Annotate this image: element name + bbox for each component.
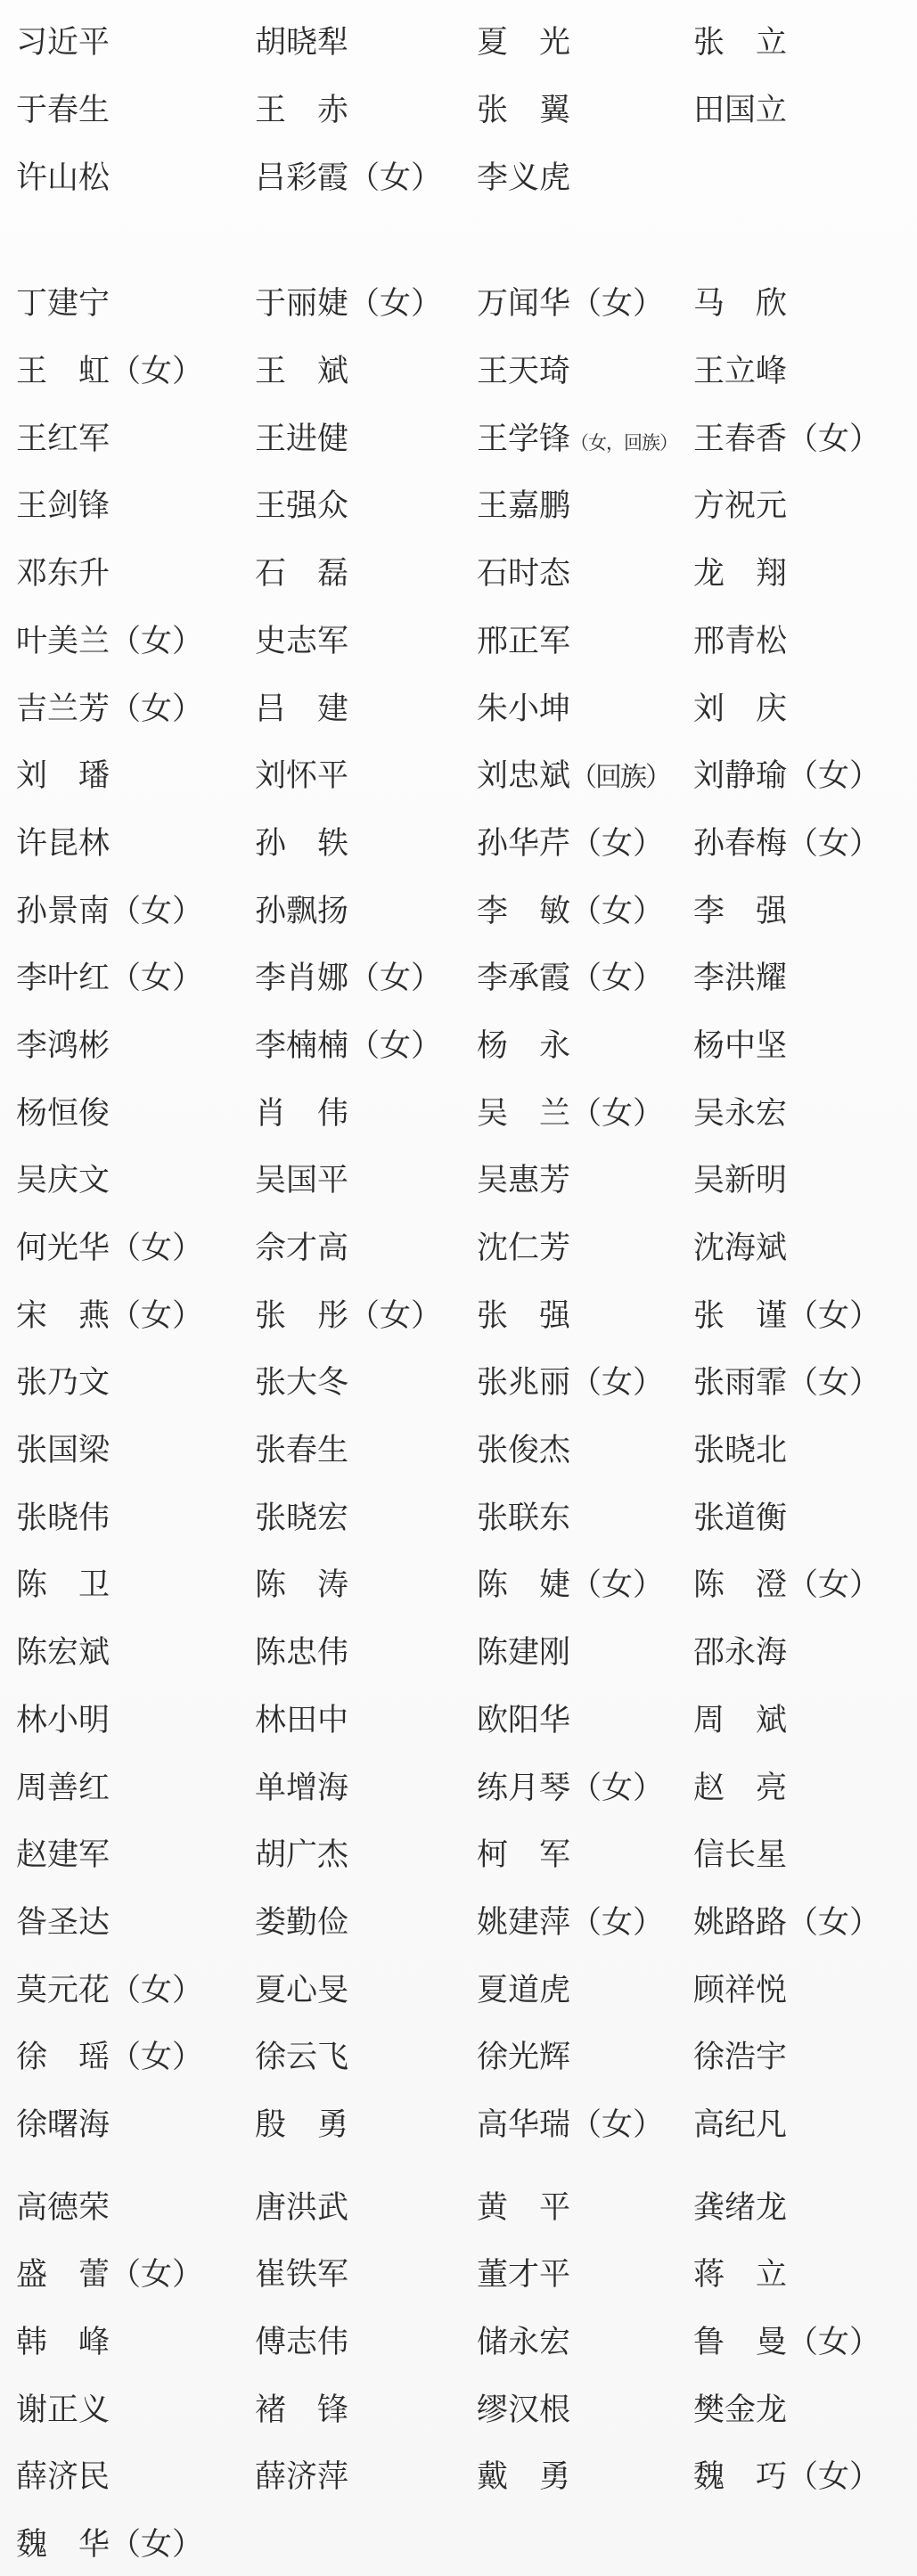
name-cell: 陈 婕（女） (477, 1569, 693, 1600)
delegate-name: 王 赤 (255, 93, 348, 127)
name-row: 韩 峰傅志伟储永宏鲁 曼（女） (16, 2309, 917, 2376)
delegate-name: 刘静瑜（女） (693, 758, 880, 793)
name-cell: 史志军 (255, 626, 477, 657)
name-row: 李叶红（女）李肖娜（女）李承霞（女）李洪耀 (16, 945, 917, 1012)
name-cell: 赵建军 (16, 1839, 255, 1870)
name-cell: 顾祥悦 (693, 1975, 917, 2006)
delegate-name: 吴永宏 (693, 1096, 787, 1131)
delegate-name: 张国梁 (16, 1433, 110, 1468)
gender-ethnicity-note: （女，回族） (570, 432, 677, 454)
delegate-name: 丁建宁 (16, 286, 110, 321)
name-cell: 高华瑞（女） (477, 2109, 693, 2140)
delegate-name: 薛济民 (16, 2459, 110, 2494)
roster-section-2: 丁建宁于丽婕（女）万闻华（女）马 欣王 虹（女）王 斌王天琦王立峰王红军王进健王… (16, 211, 917, 2158)
delegate-name: 谢正义 (16, 2392, 110, 2427)
delegate-name: 张春生 (255, 1433, 348, 1468)
delegate-name: 徐浩宇 (693, 2040, 787, 2074)
name-row: 周善红单增海练月琴（女）赵 亮 (16, 1754, 917, 1821)
delegate-name: 薛济萍 (255, 2459, 348, 2494)
name-row: 杨恒俊肖 伟吴 兰（女）吴永宏 (16, 1079, 917, 1147)
name-cell: 张兆丽（女） (477, 1367, 693, 1398)
name-cell: 董才平 (477, 2259, 693, 2290)
ethnicity-note: （回族） (570, 763, 670, 792)
name-cell: 李 敏（女） (477, 895, 693, 927)
name-cell: 张大冬 (255, 1367, 477, 1398)
name-row: 何光华（女）佘才高沈仁芳沈海斌 (16, 1214, 917, 1282)
name-row: 吴庆文吴国平吴惠芳吴新明 (16, 1147, 917, 1214)
delegate-name: 张俊杰 (477, 1433, 570, 1468)
name-row: 叶美兰（女）史志军邢正军邢青松 (16, 608, 917, 675)
delegate-name: 杨恒俊 (16, 1096, 110, 1131)
name-cell: 张 彤（女） (255, 1300, 477, 1331)
delegate-name: 王红军 (16, 421, 110, 456)
name-cell: 李鸿彬 (16, 1030, 255, 1061)
name-cell: 魏 巧（女） (693, 2461, 917, 2492)
name-cell: 储永宏 (477, 2327, 693, 2358)
delegate-name: 黄 平 (477, 2190, 570, 2225)
delegate-name: 宋 燕（女） (16, 1298, 203, 1333)
name-cell: 褚 锋 (255, 2394, 477, 2425)
name-cell: 王 虹（女） (16, 356, 255, 387)
name-cell: 吴 兰（女） (477, 1098, 693, 1129)
delegate-name: 李肖娜（女） (255, 961, 442, 995)
name-cell: 王强众 (255, 490, 477, 521)
delegate-name: 陈 澄（女） (693, 1567, 880, 1602)
delegate-name: 夏道虎 (477, 1973, 570, 2008)
name-cell: 张道衡 (693, 1502, 917, 1533)
delegate-name: 徐 瑶（女） (16, 2040, 203, 2074)
name-cell: 邢青松 (693, 626, 917, 657)
name-cell: 李义虎 (477, 162, 693, 193)
name-roster: 习近平胡晓犁夏 光张 立于春生王 赤张 翼田国立许山松吕彩霞（女）李义虎丁建宁于… (16, 0, 917, 2576)
delegate-name: 高华瑞（女） (477, 2107, 664, 2142)
name-cell: 李楠楠（女） (255, 1030, 477, 1061)
name-cell: 崔铁军 (255, 2259, 477, 2290)
delegate-name: 孙春梅（女） (693, 826, 880, 861)
name-cell: 刘静瑜（女） (693, 760, 917, 791)
name-cell: 缪汉根 (477, 2394, 693, 2425)
delegate-name: 王剑锋 (16, 488, 110, 523)
name-row: 丁建宁于丽婕（女）万闻华（女）马 欣 (16, 270, 917, 338)
name-cell: 王学锋（女，回族） (477, 423, 693, 454)
name-row: 谢正义褚 锋缪汉根樊金龙 (16, 2376, 917, 2443)
name-row: 昝圣达娄勤俭姚建萍（女）姚路路（女） (16, 1889, 917, 1957)
name-cell: 樊金龙 (693, 2394, 917, 2425)
delegate-name: 李洪耀 (693, 961, 787, 995)
name-cell: 薛济民 (16, 2461, 255, 2492)
name-cell: 刘忠斌（回族） (477, 760, 693, 791)
delegate-name: 戴 勇 (477, 2459, 570, 2494)
delegate-name: 习近平 (16, 25, 110, 60)
delegate-name: 唐洪武 (255, 2190, 348, 2225)
name-cell: 王立峰 (693, 356, 917, 387)
name-cell: 孙景南（女） (16, 895, 255, 927)
delegate-name: 储永宏 (477, 2325, 570, 2359)
delegate-name: 张 翼 (477, 93, 570, 127)
name-row: 莫元花（女）夏心旻夏道虎顾祥悦 (16, 1956, 917, 2024)
delegate-name: 周善红 (16, 1770, 110, 1805)
name-cell: 龚绪龙 (693, 2192, 917, 2223)
delegate-name: 欧阳华 (477, 1703, 570, 1738)
delegate-name: 单增海 (255, 1770, 348, 1805)
name-row: 陈 卫陈 涛陈 婕（女）陈 澄（女） (16, 1551, 917, 1619)
name-cell: 莫元花（女） (16, 1975, 255, 2006)
delegate-name: 缪汉根 (477, 2392, 570, 2427)
name-cell: 林小明 (16, 1705, 255, 1736)
name-cell: 石 磊 (255, 558, 477, 589)
name-row: 张乃文张大冬张兆丽（女）张雨霏（女） (16, 1349, 917, 1417)
name-cell: 沈海斌 (693, 1232, 917, 1263)
name-cell: 李叶红（女） (16, 962, 255, 994)
delegate-name: 赵 亮 (693, 1770, 787, 1805)
name-cell: 马 欣 (693, 288, 917, 319)
name-cell: 陈 澄（女） (693, 1569, 917, 1600)
delegate-name: 林田中 (255, 1703, 348, 1738)
delegate-name: 方祝元 (693, 488, 787, 523)
name-row: 林小明林田中欧阳华周 斌 (16, 1687, 917, 1754)
delegate-name: 夏心旻 (255, 1973, 348, 2008)
name-cell: 李承霞（女） (477, 962, 693, 994)
delegate-name: 夏 光 (477, 25, 570, 60)
delegate-name: 魏 华（女） (16, 2527, 203, 2562)
name-row: 宋 燕（女）张 彤（女）张 强张 谨（女） (16, 1281, 917, 1349)
name-cell: 王嘉鹏 (477, 490, 693, 521)
name-cell: 徐光辉 (477, 2041, 693, 2073)
name-cell: 于丽婕（女） (255, 288, 477, 319)
name-cell: 王 斌 (255, 356, 477, 387)
delegate-name: 魏 巧（女） (693, 2459, 880, 2494)
name-cell: 盛 蕾（女） (16, 2259, 255, 2290)
name-row: 许昆林孙 轶孙华芹（女）孙春梅（女） (16, 810, 917, 878)
name-row: 习近平胡晓犁夏 光张 立 (16, 9, 917, 77)
delegate-name: 崔铁军 (255, 2257, 348, 2292)
name-cell: 万闻华（女） (477, 288, 693, 319)
delegate-name: 张 谨（女） (693, 1298, 880, 1333)
delegate-name: 刘 璠 (16, 758, 110, 793)
name-cell: 陈 卫 (16, 1569, 255, 1600)
name-cell: 单增海 (255, 1772, 477, 1803)
name-cell: 石时态 (477, 558, 693, 589)
delegate-name: 姚建萍（女） (477, 1905, 664, 1940)
name-cell: 吴新明 (693, 1165, 917, 1196)
delegate-name: 吕 建 (255, 691, 348, 726)
document-page: 习近平胡晓犁夏 光张 立于春生王 赤张 翼田国立许山松吕彩霞（女）李义虎丁建宁于… (0, 0, 917, 2576)
name-cell: 许山松 (16, 162, 255, 193)
name-cell: 刘怀平 (255, 760, 477, 791)
name-cell: 方祝元 (693, 490, 917, 521)
delegate-name: 莫元花（女） (16, 1973, 203, 2008)
name-cell: 戴 勇 (477, 2461, 693, 2492)
delegate-name: 张 彤（女） (255, 1298, 442, 1333)
delegate-name: 孙华芹（女） (477, 826, 664, 861)
delegate-name: 韩 峰 (16, 2325, 110, 2359)
delegate-name: 佘才高 (255, 1231, 348, 1265)
name-cell: 李洪耀 (693, 962, 917, 994)
name-cell: 张 立 (693, 27, 917, 58)
name-cell: 薛济萍 (255, 2461, 477, 2492)
delegate-name: 吕彩霞（女） (255, 160, 442, 195)
delegate-name: 王 虹（女） (16, 354, 203, 388)
delegate-name: 许昆林 (16, 826, 110, 861)
delegate-name: 王进健 (255, 421, 348, 456)
name-cell: 姚路路（女） (693, 1907, 917, 1938)
delegate-name: 吴惠芳 (477, 1163, 570, 1198)
delegate-name: 邢青松 (693, 624, 787, 658)
delegate-name: 蒋 立 (693, 2257, 787, 2292)
delegate-name: 孙景南（女） (16, 894, 203, 928)
name-cell: 叶美兰（女） (16, 626, 255, 657)
delegate-name: 昝圣达 (16, 1905, 110, 1940)
delegate-name: 殷 勇 (255, 2107, 348, 2142)
name-cell: 蒋 立 (693, 2259, 917, 2290)
name-row: 王红军王进健王学锋（女，回族）王春香（女） (16, 405, 917, 472)
delegate-name: 李义虎 (477, 160, 570, 195)
name-cell: 殷 勇 (255, 2109, 477, 2140)
name-cell: 宋 燕（女） (16, 1300, 255, 1331)
delegate-name: 石时态 (477, 556, 570, 591)
delegate-name: 石 磊 (255, 556, 348, 591)
roster-section-1: 习近平胡晓犁夏 光张 立于春生王 赤张 翼田国立许山松吕彩霞（女）李义虎 (16, 0, 917, 211)
name-row: 王剑锋王强众王嘉鹏方祝元 (16, 472, 917, 540)
name-cell: 王 赤 (255, 94, 477, 126)
delegate-name: 刘忠斌 (477, 758, 570, 793)
name-cell: 韩 峰 (16, 2327, 255, 2358)
delegate-name: 吴庆文 (16, 1163, 110, 1198)
delegate-name: 孙 轶 (255, 826, 348, 861)
delegate-name: 陈 卫 (16, 1567, 110, 1602)
name-cell: 吕彩霞（女） (255, 162, 477, 193)
name-cell: 娄勤俭 (255, 1907, 477, 1938)
name-cell: 刘 璠 (16, 760, 255, 791)
delegate-name: 龚绪龙 (693, 2190, 787, 2225)
name-cell: 张 谨（女） (693, 1300, 917, 1331)
delegate-name: 李叶红（女） (16, 961, 203, 995)
name-row: 陈宏斌陈忠伟陈建刚邵永海 (16, 1619, 917, 1687)
name-cell: 杨恒俊 (16, 1098, 255, 1129)
delegate-name: 史志军 (255, 624, 348, 658)
name-cell: 傅志伟 (255, 2327, 477, 2358)
delegate-name: 张晓宏 (255, 1501, 348, 1535)
delegate-name: 邓东升 (16, 556, 110, 591)
delegate-name: 孙飘扬 (255, 894, 348, 928)
name-cell: 夏道虎 (477, 1975, 693, 2006)
name-cell: 鲁 曼（女） (693, 2327, 917, 2358)
delegate-name: 李承霞（女） (477, 961, 664, 995)
roster-section-3: 高德荣唐洪武黄 平龚绪龙盛 蕾（女）崔铁军董才平蒋 立韩 峰傅志伟储永宏鲁 曼（… (16, 2158, 917, 2576)
name-cell: 胡广杰 (255, 1839, 477, 1870)
name-cell: 陈忠伟 (255, 1637, 477, 1668)
name-cell: 沈仁芳 (477, 1232, 693, 1263)
name-row: 盛 蕾（女）崔铁军董才平蒋 立 (16, 2241, 917, 2309)
name-row: 孙景南（女）孙飘扬李 敏（女）李 强 (16, 877, 917, 945)
name-cell: 朱小坤 (477, 693, 693, 724)
name-cell: 王进健 (255, 423, 477, 454)
name-cell: 张乃文 (16, 1367, 255, 1398)
delegate-name: 李鸿彬 (16, 1028, 110, 1063)
name-cell: 田国立 (693, 94, 917, 126)
name-cell: 吕 建 (255, 693, 477, 724)
delegate-name: 沈仁芳 (477, 1231, 570, 1265)
name-cell: 夏 光 (477, 27, 693, 58)
name-row: 赵建军胡广杰柯 军信长星 (16, 1821, 917, 1889)
delegate-name: 徐云飞 (255, 2040, 348, 2074)
name-cell: 姚建萍（女） (477, 1907, 693, 1938)
delegate-name: 赵建军 (16, 1837, 110, 1872)
delegate-name: 何光华（女） (16, 1231, 203, 1265)
delegate-name: 徐曙海 (16, 2107, 110, 2142)
name-cell: 孙 轶 (255, 828, 477, 859)
delegate-name: 陈 涛 (255, 1567, 348, 1602)
delegate-name: 许山松 (16, 160, 110, 195)
name-cell: 张雨霏（女） (693, 1367, 917, 1398)
name-cell: 习近平 (16, 27, 255, 58)
delegate-name: 陈 婕（女） (477, 1567, 664, 1602)
delegate-name: 鲁 曼（女） (693, 2325, 880, 2359)
name-cell: 邵永海 (693, 1637, 917, 1668)
delegate-name: 李 敏（女） (477, 894, 664, 928)
name-cell: 佘才高 (255, 1232, 477, 1263)
delegate-name: 于丽婕（女） (255, 286, 442, 321)
name-cell: 信长星 (693, 1839, 917, 1870)
name-row: 徐 瑶（女）徐云飞徐光辉徐浩宇 (16, 2024, 917, 2091)
name-cell: 孙华芹（女） (477, 828, 693, 859)
delegate-name: 李 强 (693, 894, 787, 928)
name-row: 王 虹（女）王 斌王天琦王立峰 (16, 338, 917, 405)
delegate-name: 张晓伟 (16, 1501, 110, 1535)
name-cell: 于春生 (16, 94, 255, 126)
delegate-name: 张乃文 (16, 1365, 110, 1400)
delegate-name: 邵永海 (693, 1635, 787, 1670)
name-cell: 丁建宁 (16, 288, 255, 319)
name-cell: 吴永宏 (693, 1098, 917, 1129)
delegate-name: 吉兰芳（女） (16, 691, 203, 726)
name-cell: 肖 伟 (255, 1098, 477, 1129)
name-cell: 练月琴（女） (477, 1772, 693, 1803)
delegate-name: 樊金龙 (693, 2392, 787, 2427)
delegate-name: 龙 翔 (693, 556, 787, 591)
delegate-name: 王天琦 (477, 354, 570, 388)
delegate-name: 陈建刚 (477, 1635, 570, 1670)
delegate-name: 吴 兰（女） (477, 1096, 664, 1131)
name-cell: 张晓宏 (255, 1502, 477, 1533)
name-row: 张晓伟张晓宏张联东张道衡 (16, 1484, 917, 1551)
delegate-name: 刘 庆 (693, 691, 787, 726)
delegate-name: 傅志伟 (255, 2325, 348, 2359)
name-cell: 吴国平 (255, 1165, 477, 1196)
name-row: 魏 华（女） (16, 2511, 917, 2576)
name-cell: 黄 平 (477, 2192, 693, 2223)
delegate-name: 吴新明 (693, 1163, 787, 1198)
delegate-name: 田国立 (693, 93, 787, 127)
name-cell: 徐云飞 (255, 2041, 477, 2073)
name-row: 许山松吕彩霞（女）李义虎 (16, 143, 917, 211)
name-cell: 徐 瑶（女） (16, 2041, 255, 2073)
name-cell: 许昆林 (16, 828, 255, 859)
name-cell: 周善红 (16, 1772, 255, 1803)
name-cell: 徐曙海 (16, 2109, 255, 2140)
name-cell: 昝圣达 (16, 1907, 255, 1938)
delegate-name: 徐光辉 (477, 2040, 570, 2074)
name-cell: 陈 涛 (255, 1569, 477, 1600)
delegate-name: 王强众 (255, 488, 348, 523)
delegate-name: 万闻华（女） (477, 286, 664, 321)
name-cell: 高纪凡 (693, 2109, 917, 2140)
name-cell: 刘 庆 (693, 693, 917, 724)
delegate-name: 张 强 (477, 1298, 570, 1333)
delegate-name: 顾祥悦 (693, 1973, 787, 2008)
name-cell: 高德荣 (16, 2192, 255, 2223)
delegate-name: 林小明 (16, 1703, 110, 1738)
delegate-name: 沈海斌 (693, 1231, 787, 1265)
delegate-name: 朱小坤 (477, 691, 570, 726)
name-cell: 柯 军 (477, 1839, 693, 1870)
delegate-name: 吴国平 (255, 1163, 348, 1198)
delegate-name: 李楠楠（女） (255, 1028, 442, 1063)
delegate-name: 于春生 (16, 93, 110, 127)
name-cell: 张晓伟 (16, 1502, 255, 1533)
name-cell: 邢正军 (477, 626, 693, 657)
name-row: 于春生王 赤张 翼田国立 (16, 77, 917, 144)
delegate-name: 周 斌 (693, 1703, 787, 1738)
delegate-name: 王立峰 (693, 354, 787, 388)
delegate-name: 马 欣 (693, 286, 787, 321)
name-cell: 赵 亮 (693, 1772, 917, 1803)
name-cell: 唐洪武 (255, 2192, 477, 2223)
name-cell: 王天琦 (477, 356, 693, 387)
name-row: 徐曙海殷 勇高华瑞（女）高纪凡 (16, 2091, 917, 2159)
delegate-name: 陈忠伟 (255, 1635, 348, 1670)
delegate-name: 张 立 (693, 25, 787, 60)
delegate-name: 刘怀平 (255, 758, 348, 793)
name-cell: 杨 永 (477, 1030, 693, 1061)
name-cell: 张 翼 (477, 94, 693, 126)
name-cell: 王红军 (16, 423, 255, 454)
name-row: 刘 璠刘怀平刘忠斌（回族）刘静瑜（女） (16, 742, 917, 810)
delegate-name: 练月琴（女） (477, 1770, 664, 1805)
name-cell: 胡晓犁 (255, 27, 477, 58)
name-cell: 张国梁 (16, 1435, 255, 1466)
name-cell: 李 强 (693, 895, 917, 927)
delegate-name: 肖 伟 (255, 1096, 348, 1131)
name-cell: 李肖娜（女） (255, 962, 477, 994)
name-cell: 何光华（女） (16, 1232, 255, 1263)
name-cell: 张春生 (255, 1435, 477, 1466)
name-cell: 孙春梅（女） (693, 828, 917, 859)
delegate-name: 杨中坚 (693, 1028, 787, 1063)
delegate-name: 叶美兰（女） (16, 624, 203, 658)
delegate-name: 张大冬 (255, 1365, 348, 1400)
name-cell: 徐浩宇 (693, 2041, 917, 2073)
name-cell: 王春香（女） (693, 423, 917, 454)
delegate-name: 张雨霏（女） (693, 1365, 880, 1400)
delegate-name: 杨 永 (477, 1028, 570, 1063)
name-cell: 谢正义 (16, 2394, 255, 2425)
name-cell: 张联东 (477, 1502, 693, 1533)
name-cell: 周 斌 (693, 1705, 917, 1736)
name-cell: 魏 华（女） (16, 2529, 255, 2560)
delegate-name: 王嘉鹏 (477, 488, 570, 523)
delegate-name: 邢正军 (477, 624, 570, 658)
name-cell: 王剑锋 (16, 490, 255, 521)
name-cell: 孙飘扬 (255, 895, 477, 927)
name-row: 薛济民薛济萍戴 勇魏 巧（女） (16, 2443, 917, 2511)
name-row: 高德荣唐洪武黄 平龚绪龙 (16, 2173, 917, 2241)
delegate-name: 信长星 (693, 1837, 787, 1872)
name-row: 邓东升石 磊石时态龙 翔 (16, 540, 917, 608)
name-cell: 张 强 (477, 1300, 693, 1331)
name-row: 张国梁张春生张俊杰张晓北 (16, 1417, 917, 1484)
delegate-name: 张晓北 (693, 1433, 787, 1468)
